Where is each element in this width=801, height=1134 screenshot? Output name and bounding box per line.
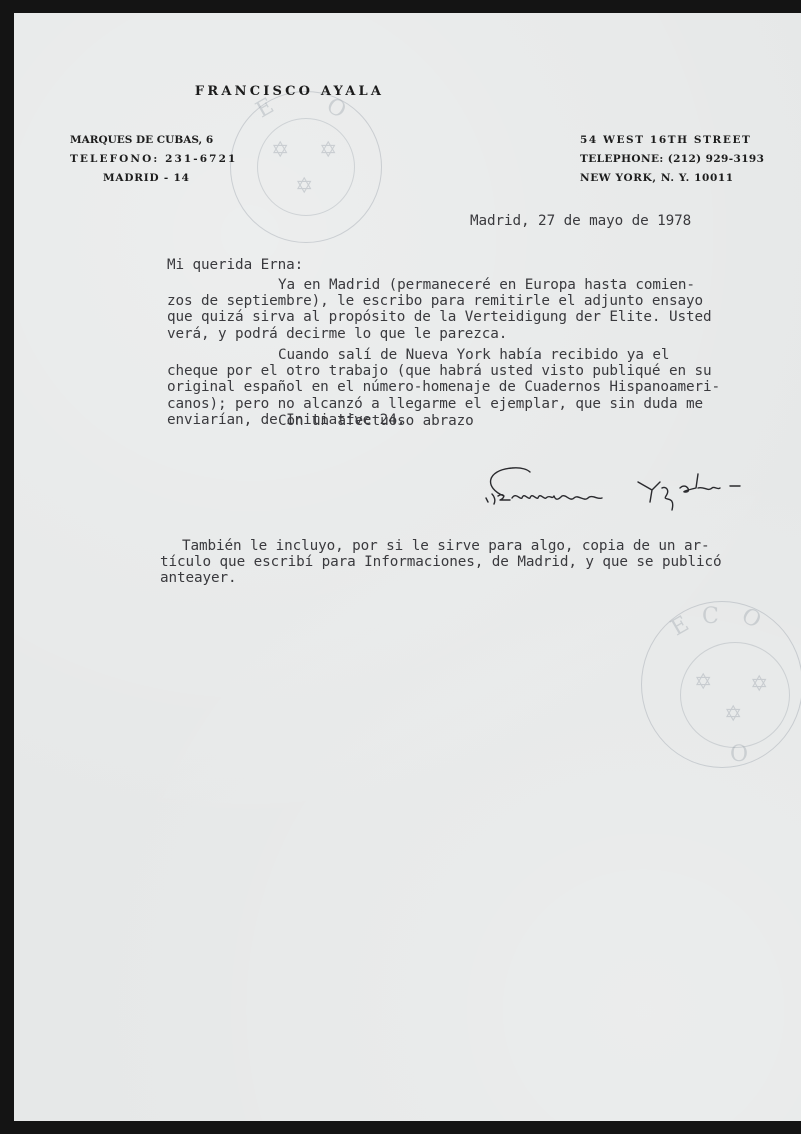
star-icon: ✡: [724, 702, 742, 727]
madrid-street: MARQUES DE CUBAS, 6: [70, 131, 237, 150]
star-icon: ✡: [319, 138, 337, 163]
paragraph-line: verá, y podrá decirme lo que le parezca.: [167, 326, 711, 342]
postscript-line: tículo que escribí para Informaciones, d…: [160, 554, 722, 570]
seal-inner-ring: [257, 118, 355, 216]
embossed-seal-top: ✡ ✡ ✡ E O: [230, 91, 382, 243]
letter-page: ✡ ✡ ✡ E O ✡ ✡ ✡ E C O O FRANCISCO AYALA …: [14, 13, 801, 1121]
postscript-line: anteayer.: [160, 570, 722, 586]
paragraph-line: zos de septiembre), le escribo para remi…: [167, 293, 711, 309]
ny-city: NEW YORK, N. Y. 10011: [580, 169, 764, 188]
new-york-address: 54 WEST 16TH STREET TELEPHONE: (212) 929…: [580, 131, 764, 188]
paragraph-line: que quizá sirva al propósito de la Verte…: [167, 309, 711, 325]
postscript-line: También le incluyo, por si le sirve para…: [160, 538, 722, 554]
embossed-seal-bottom: ✡ ✡ ✡ E C O O: [641, 601, 801, 768]
madrid-city: MADRID - 14: [70, 169, 237, 188]
paragraph-line: Cuando salí de Nueva York había recibido…: [167, 347, 720, 363]
ny-phone: TELEPHONE: (212) 929-3193: [580, 150, 764, 169]
letterhead-name: FRANCISCO AYALA: [14, 84, 801, 99]
ny-street: 54 WEST 16TH STREET: [580, 131, 764, 150]
star-icon: ✡: [694, 670, 712, 695]
paragraph-line: original español en el número-homenaje d…: [167, 379, 720, 395]
seal-text: E: [667, 612, 693, 642]
paragraph-line: cheque por el otro trabajo (que habrá us…: [167, 363, 720, 379]
letter-date: Madrid, 27 de mayo de 1978: [470, 213, 691, 229]
star-icon: ✡: [271, 138, 289, 163]
postscript: También le incluyo, por si le sirve para…: [160, 538, 722, 587]
seal-text: C: [702, 604, 719, 629]
paragraph-line: canos); pero no alcanzó a llegarme el ej…: [167, 396, 720, 412]
star-icon: ✡: [295, 174, 313, 199]
letterhead-name-text: FRANCISCO AYALA: [195, 84, 384, 99]
salutation: Mi querida Erna:: [167, 257, 303, 273]
handwritten-signature: [466, 458, 756, 518]
closing: Con un afectuoso abrazo: [167, 413, 474, 429]
seal-text: O: [730, 742, 748, 767]
star-icon: ✡: [750, 672, 768, 697]
paragraph-line: Ya en Madrid (permaneceré en Europa hast…: [167, 277, 711, 293]
seal-inner-ring: [680, 642, 790, 748]
seal-text: O: [737, 603, 765, 634]
madrid-phone: TELEFONO: 231-6721: [70, 150, 237, 169]
madrid-address: MARQUES DE CUBAS, 6 TELEFONO: 231-6721 M…: [70, 131, 237, 188]
paragraph-1: Ya en Madrid (permaneceré en Europa hast…: [167, 277, 711, 342]
